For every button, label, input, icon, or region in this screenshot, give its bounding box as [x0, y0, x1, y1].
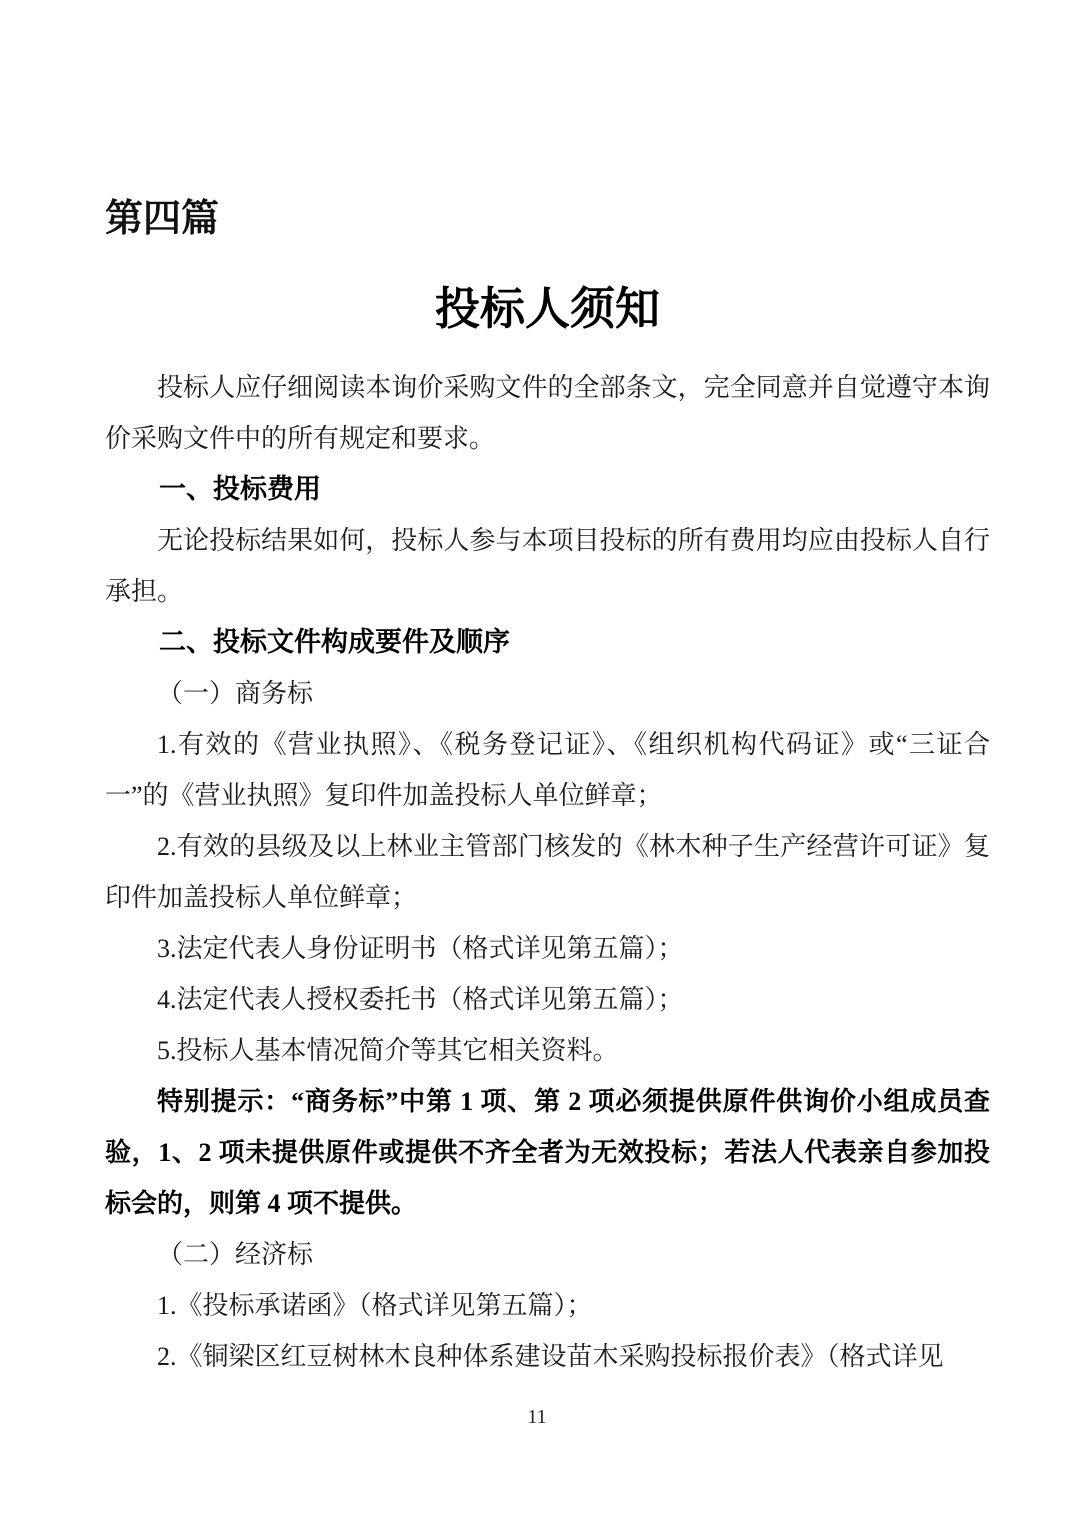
page-title: 投标人须知: [105, 283, 990, 335]
paragraph-heading: 二、投标文件构成要件及顺序: [105, 617, 990, 668]
paragraph-body: （一）商务标: [105, 668, 990, 719]
paragraph-body: （二）经济标: [105, 1229, 990, 1280]
paragraph-body: 5.投标人基本情况简介等其它相关资料。: [105, 1025, 990, 1076]
paragraph-emphasis: 特别提示：“商务标”中第 1 项、第 2 项必须提供原件供询价小组成员查验，1、…: [105, 1076, 990, 1229]
paragraph-body: 4.法定代表人授权委托书（格式详见第五篇）；: [105, 974, 990, 1025]
page-number: 11: [0, 1405, 1074, 1429]
paragraph-body: 1.有效的《营业执照》、《税务登记证》、《组织机构代码证》或“三证合一”的《营业…: [105, 719, 990, 821]
document-body: 投标人应仔细阅读本询价采购文件的全部条文，完全同意并自觉遵守本询价采购文件中的所…: [105, 362, 990, 1382]
paragraph-body: 投标人应仔细阅读本询价采购文件的全部条文，完全同意并自觉遵守本询价采购文件中的所…: [105, 362, 990, 464]
paragraph-body: 无论投标结果如何，投标人参与本项目投标的所有费用均应由投标人自行承担。: [105, 515, 990, 617]
document-page: 第四篇 投标人须知 投标人应仔细阅读本询价采购文件的全部条文，完全同意并自觉遵守…: [0, 0, 1074, 1520]
paragraph-heading: 一、投标费用: [105, 464, 990, 515]
section-heading: 第四篇: [105, 196, 990, 242]
paragraph-body: 2.有效的县级及以上林业主管部门核发的《林木种子生产经营许可证》复印件加盖投标人…: [105, 821, 990, 923]
paragraph-body: 3.法定代表人身份证明书（格式详见第五篇）；: [105, 923, 990, 974]
paragraph-body: 2.《铜梁区红豆树林木良种体系建设苗木采购投标报价表》（格式详见: [105, 1331, 990, 1382]
paragraph-body: 1.《投标承诺函》（格式详见第五篇）；: [105, 1280, 990, 1331]
